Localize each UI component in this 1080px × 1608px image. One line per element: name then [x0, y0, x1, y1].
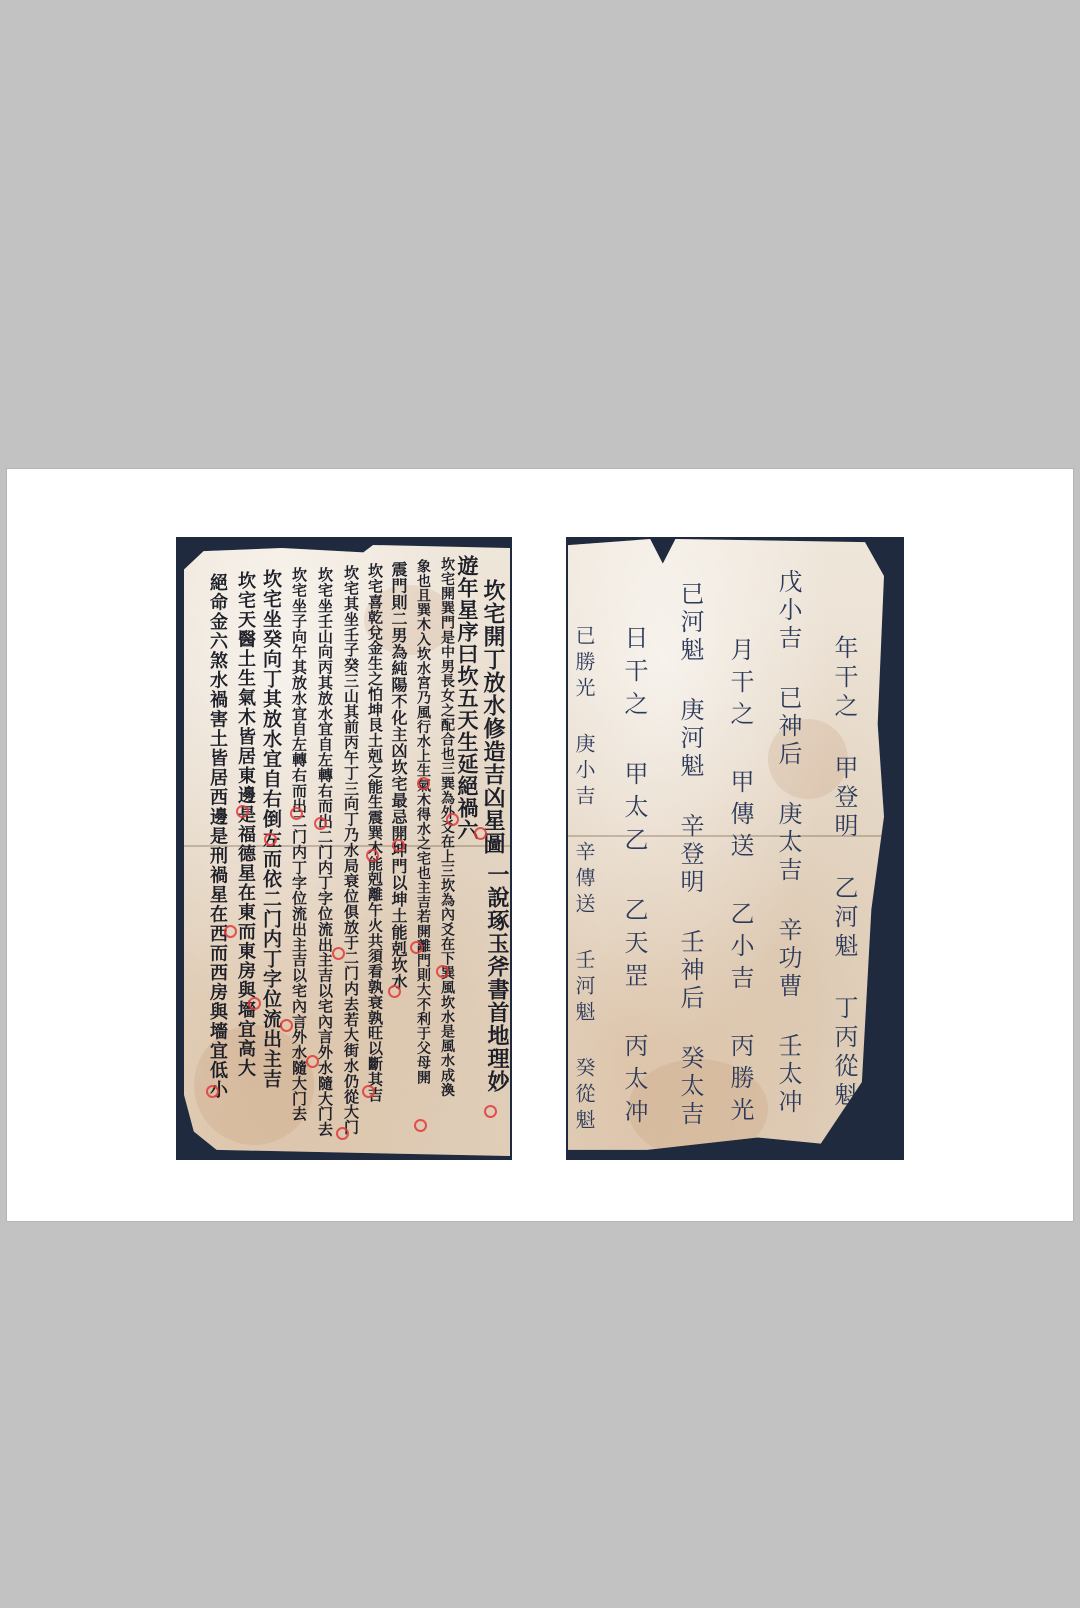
side-note-column: 一說琢玉斧書首地理妙	[486, 863, 508, 1093]
red-punctuation-mark	[206, 1085, 219, 1098]
text-column: 坎宅開巽門是中男長女之配合也三巽為外爻在上三坎為內爻在下巽風坎水是風水成渙	[440, 557, 454, 1097]
red-punctuation-mark	[314, 817, 327, 830]
text-column: 戊小吉 已神后 庚太吉 辛功曹 壬太冲 癸天罡	[776, 569, 800, 1160]
red-punctuation-mark	[332, 947, 345, 960]
left-manuscript-page-photo: 坎宅開丁放水修造吉凶星圖 一說琢玉斧書首地理妙 遊年星序曰坎五天生延絕禍六 坎宅…	[176, 537, 512, 1160]
red-punctuation-mark	[290, 807, 303, 820]
red-punctuation-mark	[336, 1127, 349, 1140]
text-column: 已河魁 庚河魁 辛登明 壬神后 癸太吉	[678, 581, 702, 1129]
red-punctuation-mark	[264, 833, 277, 846]
red-punctuation-mark	[248, 997, 261, 1010]
display-panel	[6, 468, 1074, 1222]
text-column: 已勝光 庚小吉 辛傳送 壬河魁 癸從魁	[574, 625, 594, 1135]
red-punctuation-mark	[306, 1055, 319, 1068]
text-column: 絕命金六煞水禍害土皆居西邊是刑禍星在西而西房與墻宜低小	[208, 573, 226, 1100]
text-column: 坎宅坐癸向丁其放水宜自右倒左而依二门内丁字位流出主吉	[261, 569, 280, 1089]
text-column: 坎宅開丁放水修造吉凶星圖	[482, 579, 504, 855]
text-column-day-stems: 日干之 甲太乙 乙天罡 丙太冲 丁功曹 戊太吉	[622, 625, 646, 1160]
red-punctuation-mark	[417, 777, 430, 790]
red-punctuation-mark	[224, 925, 237, 938]
red-punctuation-mark	[474, 827, 487, 840]
text-column: 坎宅坐壬山向丙其放水宜自左轉右而出二门内丁字位流出主吉以宅內言外水隨大门去	[317, 567, 332, 1137]
red-punctuation-mark	[362, 1085, 375, 1098]
text-column: 震門則二男為純陽不化主凶坎宅最忌開坤門以坤土能剋坎水	[390, 561, 406, 990]
right-manuscript-page-photo: 年干之 甲登明 乙河魁 丁丙從魁 丁傳送 戊小吉 已神后 庚太吉 辛功曹 壬太冲…	[566, 537, 904, 1160]
red-punctuation-mark	[436, 965, 449, 978]
text-column: 遊年星序曰坎五天生延絕禍六	[457, 555, 478, 841]
red-punctuation-mark	[410, 941, 423, 954]
red-punctuation-mark	[388, 985, 401, 998]
red-punctuation-mark	[366, 849, 379, 862]
text-column: 坎宅其坐壬子癸三山其前丙午丁三向丁乃水局衰位俱放于二门内去若大街水仍從大门	[343, 565, 358, 1135]
text-column: 象也且巽木入坎水宮乃風行水上生氣木得水之宅也主吉若開離門則大不利于父母開	[416, 559, 430, 1085]
right-page-paper: 年干之 甲登明 乙河魁 丁丙從魁 丁傳送 戊小吉 已神后 庚太吉 辛功曹 壬太冲…	[568, 539, 884, 1156]
left-page-paper: 坎宅開丁放水修造吉凶星圖 一說琢玉斧書首地理妙 遊年星序曰坎五天生延絕禍六 坎宅…	[184, 545, 510, 1156]
red-punctuation-mark	[280, 1019, 293, 1032]
red-punctuation-mark	[484, 1105, 497, 1118]
text-column-year-stems: 年干之 甲登明 乙河魁 丁丙從魁 丁傳送	[832, 635, 856, 1160]
text-column-month-stems: 月干之 甲傳送 乙小吉 丙勝光 丁太乙 戊天罡	[728, 637, 752, 1160]
text-column: 坎宅坐子向午其放水宜自左轉右而出二门内丁字位流出主吉以宅內言外水隨大门去	[291, 567, 306, 1121]
red-punctuation-mark	[392, 839, 405, 852]
text-column: 坎宅喜乾兌金生之怕坤艮土剋之能生震巽木能剋離午火共須看孰衰孰旺以斷其吉	[367, 563, 382, 1102]
red-punctuation-mark	[414, 1119, 427, 1132]
red-punctuation-mark	[236, 805, 249, 818]
red-punctuation-mark	[446, 813, 459, 826]
